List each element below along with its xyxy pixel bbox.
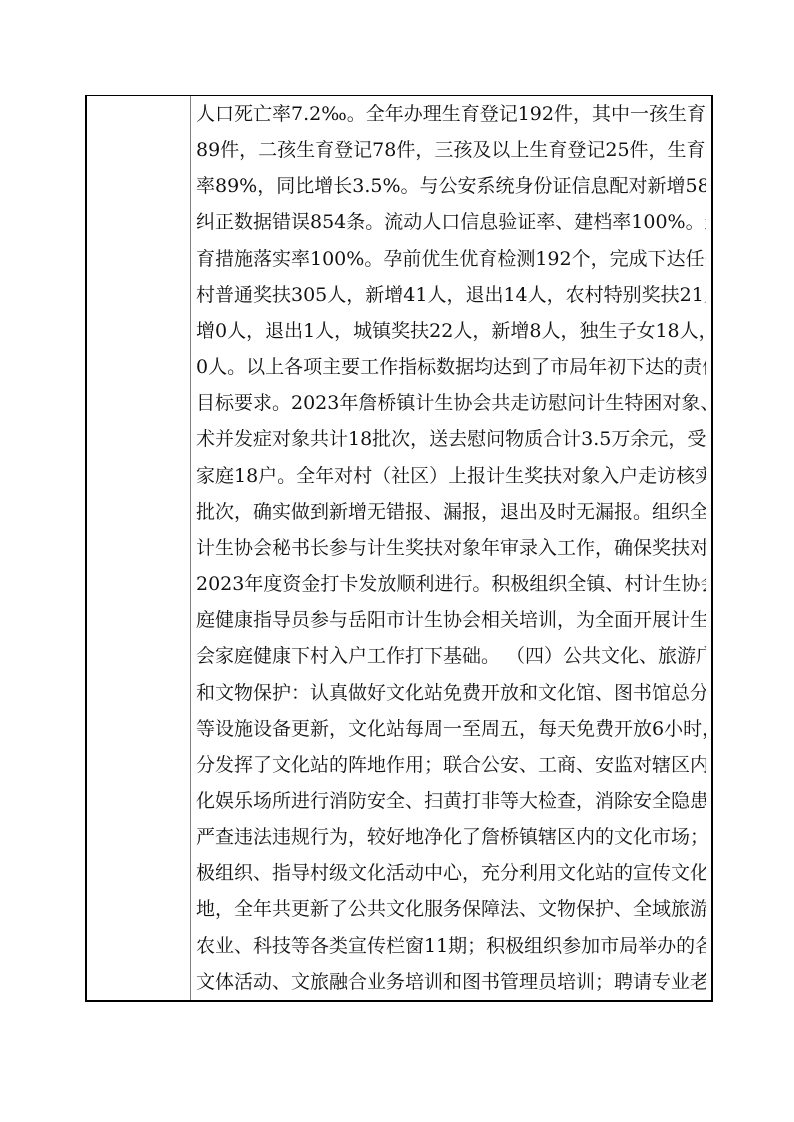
text-line: 文体活动、文旅融合业务培训和图书管理员培训；聘请专业老师， (196, 964, 706, 1000)
text-line: 率89%，同比增长3.5%。与公安系统身份证信息配对新增586条， (196, 168, 706, 204)
document-page: 人口死亡率7.2‰。全年办理生育登记192件，其中一孩生育登记89件，二孩生育登… (0, 0, 794, 1122)
text-line: 家庭18户。全年对村（社区）上报计生奖扶对象入户走访核实45 (196, 458, 706, 494)
text-line: 0人。以上各项主要工作指标数据均达到了市局年初下达的责任 (196, 349, 706, 385)
text-line: 村普通奖扶305人，新增41人，退出14人，农村特别奖扶21人，新 (196, 277, 706, 313)
table-left-cell-empty (87, 96, 191, 1000)
text-line: 等设施设备更新，文化站每周一至周五，每天免费开放6小时，充 (196, 711, 706, 747)
text-line: 化娱乐场所进行消防安全、扫黄打非等大检查，消除安全隐患， (196, 783, 706, 819)
text-line: 极组织、指导村级文化活动中心，充分利用文化站的宣传文化阵 (196, 855, 706, 891)
text-line: 地，全年共更新了公共文化服务保障法、文物保护、全域旅游、 (196, 891, 706, 927)
text-line: 人口死亡率7.2‰。全年办理生育登记192件，其中一孩生育登记 (196, 96, 706, 132)
text-line: 农业、科技等各类宣传栏窗11期；积极组织参加市局举办的各项 (196, 928, 706, 964)
text-line: 89件，二孩生育登记78件，三孩及以上生育登记25件，生育登记 (196, 132, 706, 168)
text-line: 术并发症对象共计18批次，送去慰问物质合计3.5万余元，受惠 (196, 421, 706, 457)
text-line: 严查违法违规行为，较好地净化了詹桥镇辖区内的文化市场；积 (196, 819, 706, 855)
text-line: 庭健康指导员参与岳阳市计生协会相关培训，为全面开展计生协 (196, 602, 706, 638)
text-line: 分发挥了文化站的阵地作用；联合公安、工商、安监对辖区内文 (196, 747, 706, 783)
table-right-cell-body-text: 人口死亡率7.2‰。全年办理生育登记192件，其中一孩生育登记89件，二孩生育登… (191, 96, 711, 1000)
report-table: 人口死亡率7.2‰。全年办理生育登记192件，其中一孩生育登记89件，二孩生育登… (85, 95, 713, 1002)
text-line: 会家庭健康下村入户工作打下基础。 （四）公共文化、旅游广电 (196, 638, 706, 674)
text-line: 目标要求。2023年詹桥镇计生协会共走访慰问计生特困对象、手 (196, 385, 706, 421)
text-line: 增0人，退出1人，城镇奖扶22人，新增8人，独生子女18人，退出 (196, 313, 706, 349)
text-line: 纠正数据错误854条。流动人口信息验证率、建档率100%。避孕节 (196, 204, 706, 240)
text-line: 2023年度资金打卡发放顺利进行。积极组织全镇、村计生协会家 (196, 566, 706, 602)
text-line: 和文物保护：认真做好文化站免费开放和文化馆、图书馆总分馆 (196, 675, 706, 711)
text-line: 批次，确实做到新增无错报、漏报，退出及时无漏报。组织全镇 (196, 494, 706, 530)
text-line: 育措施落实率100%。孕前优生优育检测192个，完成下达任务。农 (196, 241, 706, 277)
text-line: 计生协会秘书长参与计生奖扶对象年审录入工作，确保奖扶对象 (196, 530, 706, 566)
